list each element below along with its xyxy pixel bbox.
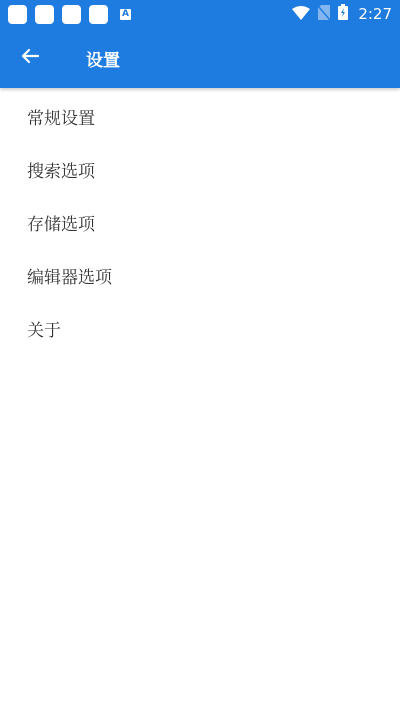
app-bar: 设置 xyxy=(0,28,400,88)
settings-item-search[interactable]: 搜索选项 xyxy=(0,143,400,196)
system-icons: 2:27 xyxy=(292,4,392,24)
clock: 2:27 xyxy=(358,5,392,23)
page-title: 设置 xyxy=(86,46,120,71)
app-a-icon: A xyxy=(120,9,131,20)
settings-item-label: 存储选项 xyxy=(27,210,95,235)
notification-icon xyxy=(8,5,27,24)
arrow-left-icon xyxy=(21,48,39,68)
settings-list: 常规设置 搜索选项 存储选项 编辑器选项 关于 xyxy=(0,88,400,355)
status-bar: A 2:27 xyxy=(0,0,400,28)
no-sim-icon xyxy=(318,5,330,24)
settings-item-editor[interactable]: 编辑器选项 xyxy=(0,249,400,302)
settings-item-label: 搜索选项 xyxy=(27,157,95,182)
battery-charging-icon xyxy=(338,4,348,24)
notification-icon xyxy=(89,5,108,24)
settings-item-general[interactable]: 常规设置 xyxy=(0,90,400,143)
settings-item-label: 关于 xyxy=(27,316,61,341)
settings-item-label: 常规设置 xyxy=(27,104,95,129)
settings-item-storage[interactable]: 存储选项 xyxy=(0,196,400,249)
settings-item-label: 编辑器选项 xyxy=(27,263,112,288)
notification-area: A xyxy=(8,5,131,24)
wifi-icon xyxy=(292,5,310,24)
back-button[interactable] xyxy=(0,28,60,88)
settings-item-about[interactable]: 关于 xyxy=(0,302,400,355)
notification-icon xyxy=(62,5,81,24)
notification-icon xyxy=(35,5,54,24)
